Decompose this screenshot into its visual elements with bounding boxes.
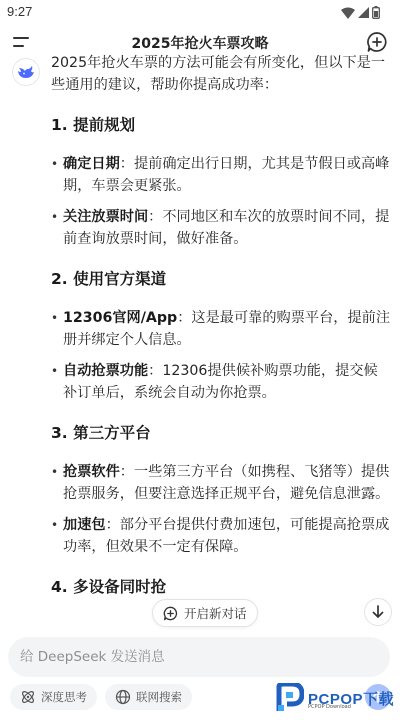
wifi-icon [341, 7, 355, 19]
signal-icon [358, 7, 369, 18]
list-item-title: 自动抢票功能 [63, 363, 148, 379]
deep-think-label: 深度思考 [41, 689, 87, 705]
atom-icon [20, 689, 36, 705]
new-chat-button[interactable] [366, 31, 388, 53]
list-item: 关注放票时间：不同地区和车次的放票时间不同，提前查询放票时间，做好准备。 [51, 206, 391, 250]
send-button[interactable] [365, 684, 391, 710]
message-intro: 2025年抢火车票的方法可能会有所变化，但以下是一些通用的建议，帮助你提高成功率… [51, 52, 391, 96]
section-list: 抢票软件：一些第三方平台（如携程、飞猪等）提供抢票服务，但要注意选择正规平台，避… [51, 461, 391, 558]
section-heading: 2. 使用官方渠道 [51, 268, 391, 290]
status-bar: 9:27 [0, 0, 400, 24]
start-new-chat-button[interactable]: 开启新对话 [152, 599, 258, 627]
list-item-title: 加速包 [63, 517, 106, 533]
watermark-subtext: PCPOP Download [308, 704, 351, 710]
new-chat-icon [366, 31, 388, 53]
page-title: 2025年抢火车票攻略 [0, 33, 400, 53]
list-item-title: 抢票软件 [63, 464, 120, 480]
input-toolbar: 深度思考 联网搜索 [10, 684, 192, 710]
scroll-to-bottom-button[interactable] [364, 598, 392, 626]
assistant-message: 2025年抢火车票的方法可能会有所变化，但以下是一些通用的建议，帮助你提高成功率… [51, 52, 391, 602]
section-list: 确定日期：提前确定出行日期，尤其是节假日或高峰期，车票会更紧张。 关注放票时间：… [51, 153, 391, 250]
list-item: 自动抢票功能：12306提供候补购票功能，提交候补订单后，系统会自动为你抢票。 [51, 360, 391, 404]
message-input[interactable] [20, 649, 390, 665]
status-time: 9:27 [7, 4, 32, 19]
list-item-text: ：部分平台提供付费加速包，可能提高抢票成功率，但效果不一定有保障。 [63, 517, 389, 555]
list-item: 抢票软件：一些第三方平台（如携程、飞猪等）提供抢票服务，但要注意选择正规平台，避… [51, 461, 391, 505]
start-new-chat-label: 开启新对话 [184, 604, 247, 622]
arrow-down-icon [371, 605, 385, 619]
web-search-label: 联网搜索 [136, 689, 182, 705]
assistant-avatar [12, 58, 40, 86]
list-item: 确定日期：提前确定出行日期，尤其是节假日或高峰期，车票会更紧张。 [51, 153, 391, 197]
globe-icon [115, 689, 131, 705]
message-input-container[interactable] [8, 637, 390, 677]
section-list: 12306官网/App：这是最可靠的购票平台，提前注册并绑定个人信息。 自动抢票… [51, 307, 391, 404]
status-icons [341, 6, 380, 19]
list-item-title: 关注放票时间 [63, 209, 148, 225]
section-heading: 1. 提前规划 [51, 114, 391, 136]
section-heading: 3. 第三方平台 [51, 422, 391, 444]
list-item: 加速包：部分平台提供付费加速包，可能提高抢票成功率，但效果不一定有保障。 [51, 514, 391, 558]
deep-think-button[interactable]: 深度思考 [10, 684, 97, 710]
pcpop-logo-icon [276, 683, 304, 713]
deepseek-whale-icon [17, 65, 35, 79]
chat-area[interactable]: 2025年抢火车票的方法可能会有所变化，但以下是一些通用的建议，帮助你提高成功率… [0, 52, 400, 602]
new-chat-icon [163, 606, 178, 621]
section-heading: 4. 多设备同时抢 [51, 576, 391, 598]
battery-icon [372, 6, 380, 19]
web-search-button[interactable]: 联网搜索 [105, 684, 192, 710]
list-item-title: 12306官网/App [63, 310, 177, 326]
list-item: 12306官网/App：这是最可靠的购票平台，提前注册并绑定个人信息。 [51, 307, 391, 351]
arrow-up-icon [372, 691, 384, 703]
list-item-title: 确定日期 [63, 156, 120, 172]
